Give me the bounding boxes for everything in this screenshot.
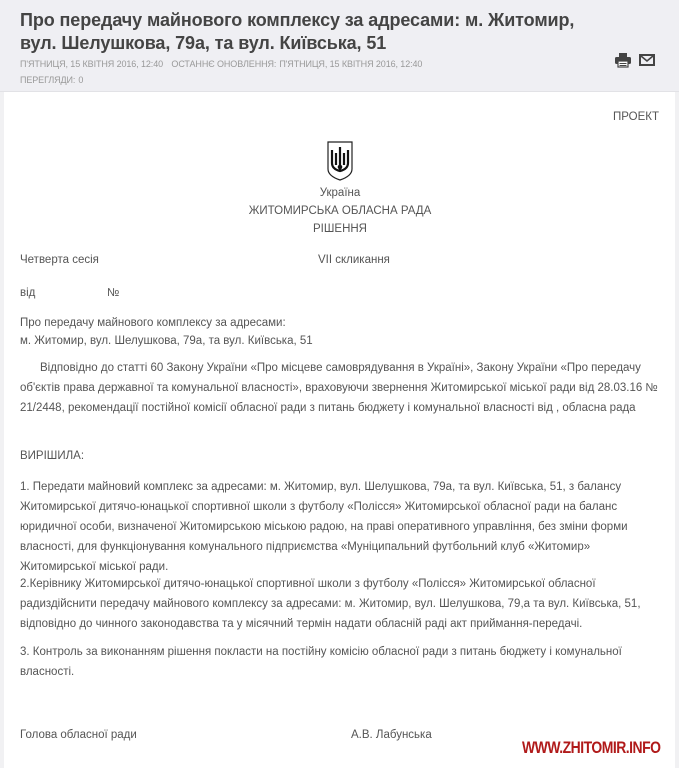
council-name: ЖИТОМИРСЬКА ОБЛАСНА РАДА: [240, 201, 440, 221]
document-type: РІШЕННЯ: [240, 219, 440, 239]
article-title: Про передачу майнового комплексу за адре…: [20, 9, 580, 55]
site-watermark: WWW.ZHITOMIR.INFO: [522, 738, 661, 758]
trident-coat-of-arms-icon: [327, 141, 353, 181]
updated-date: П'ятниця, 15 квітня 2016, 12:40: [279, 59, 422, 69]
signatory-name: А.В. Лабунська: [351, 725, 432, 745]
article-header: Про передачу майнового комплексу за адре…: [0, 0, 679, 92]
published-date: П'ятниця, 15 квітня 2016, 12:40: [20, 59, 163, 69]
signatory-title: Голова обласної ради: [20, 725, 137, 745]
views-count: 0: [78, 75, 83, 85]
preamble: Відповідно до статті 60 Закону України «…: [20, 358, 660, 418]
subject-line-1: Про передачу майнового комплексу за адре…: [20, 313, 286, 333]
views-label: Перегляди:: [20, 75, 75, 85]
country-name: Україна: [240, 183, 440, 203]
draft-label: ПРОЕКТ: [613, 107, 659, 127]
envelope-icon[interactable]: [638, 52, 656, 68]
convocation-label: VII скликання: [318, 250, 390, 270]
resolution-item-2: 2.Керівнику Житомирської дитячо-юнацької…: [20, 574, 660, 634]
resolved-heading: ВИРІШИЛА:: [20, 446, 84, 466]
article-meta: П'ятниця, 15 квітня 2016, 12:40 Останнє …: [20, 56, 460, 88]
number-label: №: [107, 283, 119, 303]
session-label: Четверта сесія: [20, 250, 99, 270]
printer-icon[interactable]: [614, 52, 632, 68]
updated-label: Останнє оновлення:: [171, 59, 276, 69]
resolution-item-1: 1. Передати майновий комплекс за адресам…: [20, 477, 660, 577]
subject-line-2: м. Житомир, вул. Шелушкова, 79а, та вул.…: [20, 331, 313, 351]
resolution-item-3: 3. Контроль за виконанням рішення поклас…: [20, 642, 660, 682]
date-label: від: [20, 283, 35, 303]
